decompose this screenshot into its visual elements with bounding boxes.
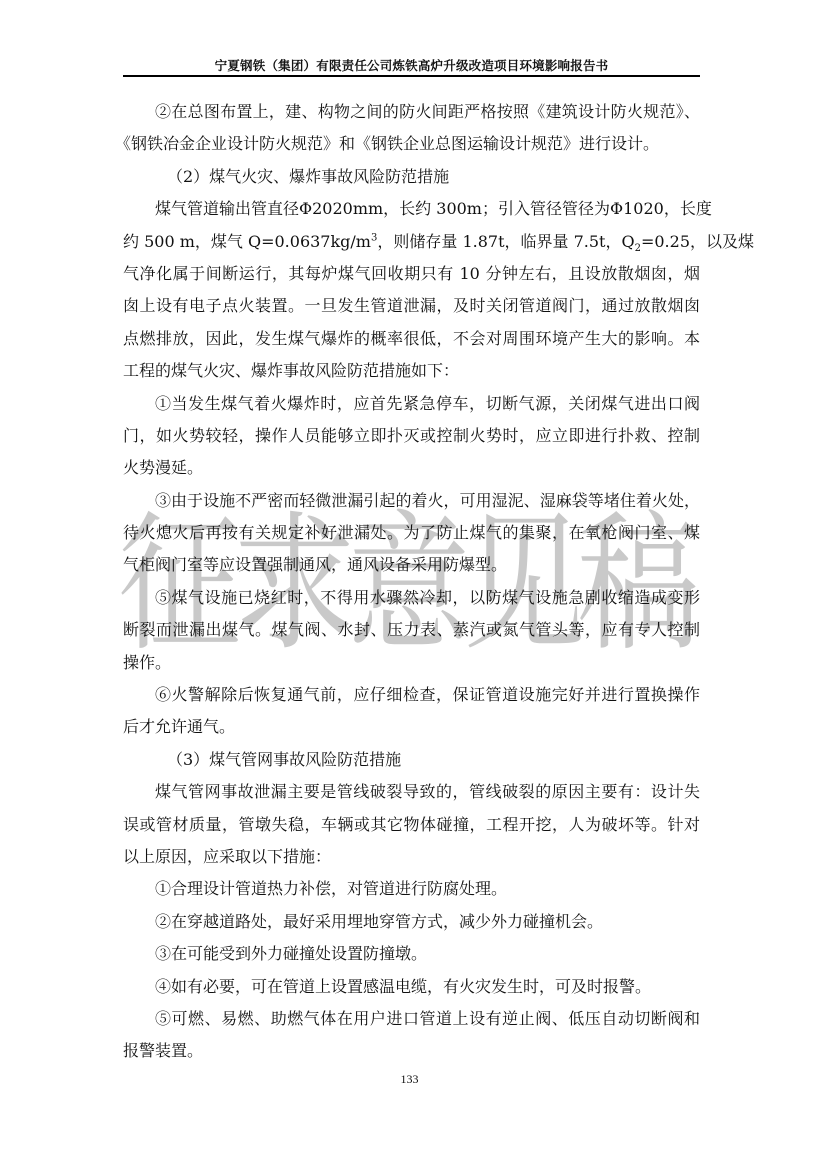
- paragraph-line: ②在总图布置上，建、构物之间的防火间距严格按照《建筑设计防火规范》、: [123, 96, 700, 128]
- list-item: ③在可能受到外力碰撞处设置防撞墩。: [123, 938, 700, 970]
- header-rule: [123, 75, 700, 77]
- document-page: 宁夏钢铁（集团）有限责任公司炼铁高炉升级改造项目环境影响报告书 征求意见稿 ②在…: [0, 0, 819, 1158]
- paragraph-line: 气柜阀门室等应设置强制通风，通风设备采用防爆型。: [123, 549, 700, 581]
- paragraph-line: 操作。: [123, 647, 700, 679]
- paragraph-line: 囱上设有电子点火装置。一旦发生管道泄漏，及时关闭管道阀门，通过放散烟囱: [123, 290, 700, 322]
- section-heading: （3）煤气管网事故风险防范措施: [123, 744, 700, 776]
- paragraph-line: ①当发生煤气着火爆炸时，应首先紧急停车，切断气源，关闭煤气进出口阀: [123, 388, 700, 420]
- running-header: 宁夏钢铁（集团）有限责任公司炼铁高炉升级改造项目环境影响报告书: [123, 56, 700, 74]
- paragraph-line: 工程的煤气火灾、爆炸事故风险防范措施如下：: [123, 355, 700, 387]
- paragraph-line: 火势漫延。: [123, 452, 700, 484]
- list-item: ①合理设计管道热力补偿，对管道进行防腐处理。: [123, 873, 700, 905]
- paragraph-line: 待火熄火后再按有关规定补好泄漏处。为了防止煤气的集聚，在氧枪阀门室、煤: [123, 517, 700, 549]
- paragraph-line: ⑤煤气设施已烧红时，不得用水骤然冷却，以防煤气设施急剧收缩造成变形: [123, 582, 700, 614]
- page-number: 133: [0, 1072, 819, 1087]
- paragraph-line: 误或管材质量，管墩失稳，车辆或其它物体碰撞，工程开挖，人为破坏等。针对: [123, 809, 700, 841]
- list-item: ⑤可燃、易燃、助燃气体在用户进口管道上设有逆止阀、低压自动切断阀和: [123, 1003, 700, 1035]
- paragraph-line: 以上原因，应采取以下措施：: [123, 841, 700, 873]
- paragraph-line: ⑥火警解除后恢复通气前，应仔细检查，保证管道设施完好并进行置换操作: [123, 679, 700, 711]
- paragraph-line: 约 500 m，煤气 Q=0.0637kg/m3，则储存量 1.87t，临界量 …: [123, 226, 700, 258]
- body-text: ②在总图布置上，建、构物之间的防火间距严格按照《建筑设计防火规范》、 《钢铁冶金…: [123, 96, 700, 1068]
- list-item: 报警装置。: [123, 1035, 700, 1067]
- paragraph-line: 点燃排放，因此，发生煤气爆炸的概率很低，不会对周围环境产生大的影响。本: [123, 323, 700, 355]
- paragraph-line: 后才允许通气。: [123, 711, 700, 743]
- list-item: ④如有必要，可在管道上设置感温电缆，有火灾发生时，可及时报警。: [123, 971, 700, 1003]
- paragraph-line: 煤气管道输出管直径Φ2020mm，长约 300m；引入管径管径为Φ1020，长度: [123, 193, 700, 225]
- paragraph-line: ③由于设施不严密而轻微泄漏引起的着火，可用湿泥、湿麻袋等堵住着火处，: [123, 485, 700, 517]
- paragraph-line: 气净化属于间断运行，其每炉煤气回收期只有 10 分钟左右，且设放散烟囱，烟: [123, 258, 700, 290]
- paragraph-line: 门，如火势较轻，操作人员能够立即扑灭或控制火势时，应立即进行扑救、控制: [123, 420, 700, 452]
- list-item: ②在穿越道路处，最好采用埋地穿管方式，减少外力碰撞机会。: [123, 906, 700, 938]
- paragraph-line: 《钢铁冶金企业设计防火规范》和《钢铁企业总图运输设计规范》进行设计。: [115, 128, 700, 160]
- paragraph-line: 煤气管网事故泄漏主要是管线破裂导致的，管线破裂的原因主要有：设计失: [123, 776, 700, 808]
- paragraph-line: 断裂而泄漏出煤气。煤气阀、水封、压力表、蒸汽或氮气管头等，应有专人控制: [123, 614, 700, 646]
- section-heading: （2）煤气火灾、爆炸事故风险防范措施: [123, 161, 700, 193]
